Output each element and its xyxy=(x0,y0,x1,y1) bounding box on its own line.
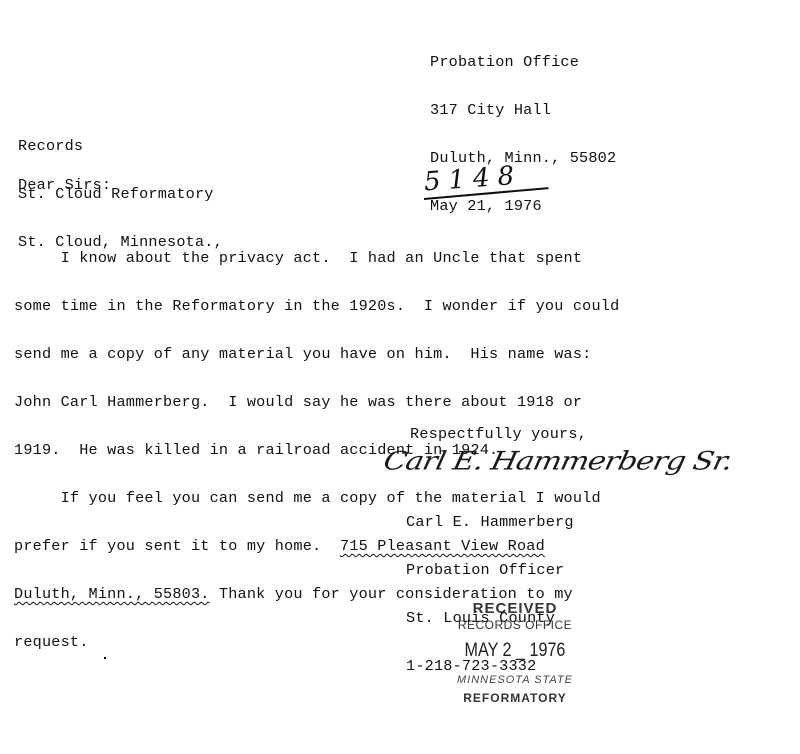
closing: Respectfully yours, xyxy=(410,426,587,442)
body-line: some time in the Reformatory in the 1920… xyxy=(14,298,619,314)
stamp-received: RECEIVED xyxy=(430,600,600,618)
sender-street: 317 City Hall xyxy=(430,102,616,118)
signer-title: Probation Officer xyxy=(406,562,574,578)
sender-city: Duluth, Minn., 55802 xyxy=(430,150,616,166)
letter-date: May 21, 1976 xyxy=(430,198,616,214)
home-address-city: Duluth, Minn., 55803. xyxy=(14,585,210,603)
recipient-dept: Records xyxy=(18,138,223,154)
stamp-date: MAY 2 _ 1976 xyxy=(443,640,588,674)
body-line: John Carl Hammerberg. I would say he was… xyxy=(14,394,619,410)
stamp-office: RECORDS OFFICE xyxy=(430,618,600,640)
signer-name: Carl E. Hammerberg xyxy=(406,514,574,530)
handwritten-signature: Carl E. Hammerberg Sr. xyxy=(381,447,735,477)
body-text: prefer if you sent it to my home. xyxy=(14,537,340,555)
sender-office: Probation Office xyxy=(430,54,616,70)
salutation: Dear Sirs: xyxy=(18,177,111,193)
received-stamp: RECEIVED RECORDS OFFICE MAY 2 _ 1976 MIN… xyxy=(430,600,600,707)
scan-speck xyxy=(104,657,106,659)
stamp-institution: MINNESOTA STATE xyxy=(430,674,600,691)
stamp-reformatory: REFORMATORY xyxy=(430,691,600,707)
sender-address: Probation Office 317 City Hall Duluth, M… xyxy=(430,22,616,230)
body-line: send me a copy of any material you have … xyxy=(14,346,619,362)
body-line: I know about the privacy act. I had an U… xyxy=(14,250,619,266)
